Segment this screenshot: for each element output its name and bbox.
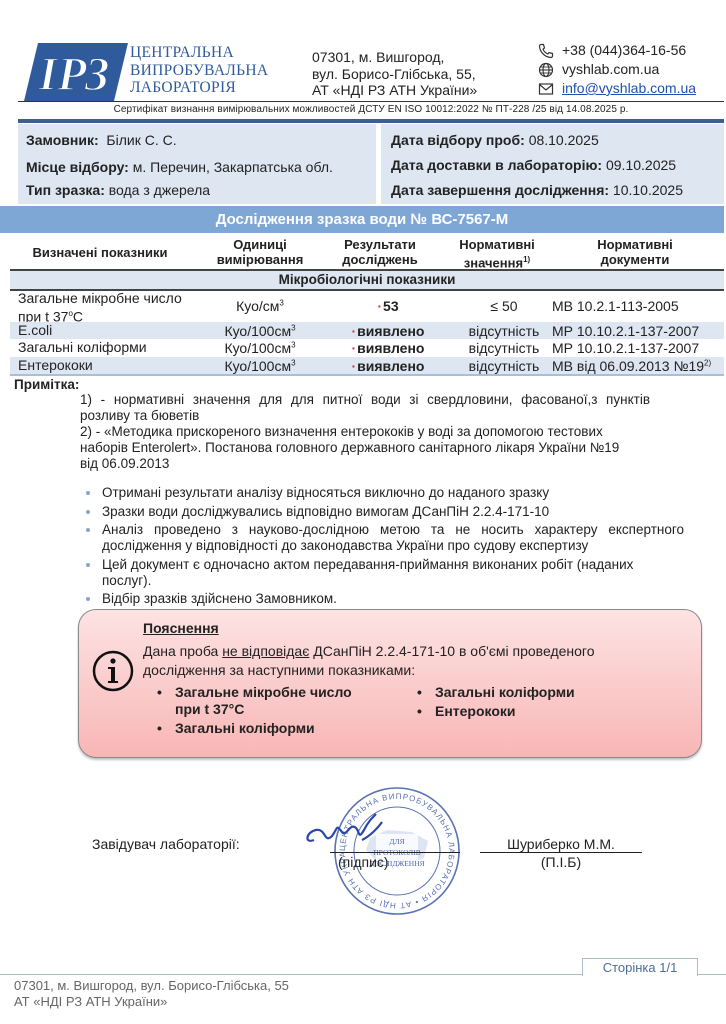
note-line: розливу та бюветів <box>80 408 650 424</box>
result-value: виявлено <box>357 340 424 356</box>
unit: Куо/100см3 <box>195 323 325 339</box>
col-header-docs: Нормативні документи <box>580 237 690 267</box>
completion-date-label: Дата завершення дослідження: <box>391 182 609 198</box>
report-title: Дослідження зразка води № ВС-7567-М <box>0 206 724 233</box>
table-section-header: Мікробіологічні показники <box>10 271 724 289</box>
email-link[interactable]: info@vyshlab.com.ua <box>562 79 696 98</box>
lab-name: ЦЕНТРАЛЬНА ВИПРОБУВАЛЬНА ЛАБОРАТОРІЯ <box>130 44 268 97</box>
result-value: 53 <box>383 298 399 314</box>
norm-value: відсутність <box>445 323 563 339</box>
violation-item: Ентерококи <box>413 703 575 720</box>
footnote-ref: 2) <box>704 358 711 367</box>
list-item-text: дослідження у відповідності до законодав… <box>102 538 684 554</box>
explanation-box: Пояснення Дана проба не відповідає ДСанП… <box>78 609 702 758</box>
address-line: АТ «НДІ РЗ АТН України» <box>312 82 477 99</box>
customer-field: Замовник: Білик С. С. <box>26 132 177 148</box>
footer-address: 07301, м. Вишгород, вул. Борисо-Глібська… <box>14 978 289 1010</box>
customer-info: Замовник: Білик С. С. Місце відбору: м. … <box>18 124 376 204</box>
violation-text: Загальні коліформи <box>435 684 575 700</box>
violation-item: Загальні коліформи <box>413 684 575 701</box>
list-item: Аналіз проведено з науково-дослідною мет… <box>84 522 684 554</box>
unit: Куо/100см3 <box>195 358 325 374</box>
result: ·виявлено <box>328 323 448 339</box>
delivery-date-value: 09.10.2025 <box>606 157 676 173</box>
signature-caption: (підпис) <box>338 854 389 870</box>
table-row: Ентерококи Куо/100см3 ·виявлено відсутні… <box>10 357 724 374</box>
type-value: вода з джерела <box>109 182 210 198</box>
lab-name-line: ВИПРОБУВАЛЬНА <box>130 62 268 80</box>
list-item: Отримані результати аналізу відносяться … <box>84 485 684 501</box>
name-line <box>480 852 642 853</box>
explanation-text-part: дослідження за наступними показниками: <box>143 661 595 680</box>
delivery-date-label: Дата доставки в лабораторію: <box>391 157 602 173</box>
indicator-name: Загальні коліформи <box>18 340 147 355</box>
unit-text: Куо/100см <box>224 358 291 374</box>
unit-text: Куо/100см <box>224 340 291 356</box>
sampling-date-label: Дата відбору проб: <box>391 132 525 148</box>
footer-address-line: АТ «НДІ РЗ АТН України» <box>14 994 289 1010</box>
type-label: Тип зразка: <box>26 182 105 198</box>
table-row: E.coli Куо/100см3 ·виявлено відсутність … <box>10 322 724 339</box>
col-header-docs-line: Нормативні <box>580 237 690 252</box>
table-row: Загальне мікробне число при t 37oC Куо/с… <box>10 291 724 322</box>
list-item: Цей документ є одночасно актом передаван… <box>84 557 684 589</box>
notes-body: 1) - нормативні значення для для питної … <box>80 392 650 472</box>
norm-document: МР 10.10.2.1-137-2007 <box>552 340 699 356</box>
dates-info: Дата відбору проб: 08.10.2025 Дата доста… <box>381 124 724 204</box>
phone-icon <box>538 43 554 59</box>
certificate-line: Сертифікат визнання вимірювальних можлив… <box>18 104 724 115</box>
violation-text: Ентерококи <box>435 703 516 719</box>
violation-text: Загальні коліформи <box>175 720 315 736</box>
footnote-ref: 1) <box>523 255 530 264</box>
disclaimer-list: Отримані результати аналізу відносяться … <box>84 485 684 610</box>
explanation-title: Пояснення <box>143 620 219 636</box>
customer-value: Білик С. С. <box>106 132 176 148</box>
exceed-flag-icon: · <box>352 340 357 356</box>
indicator-name: Ентерококи <box>18 358 93 373</box>
lab-logo: ІРЗ <box>24 43 128 101</box>
col-header-results: Результати досліджень <box>330 237 430 267</box>
delivery-date-field: Дата доставки в лабораторію: 09.10.2025 <box>391 157 676 173</box>
col-header-results-line: досліджень <box>330 252 430 267</box>
name-caption: (П.І.Б) <box>480 854 642 870</box>
violation-item: Загальні коліформи <box>153 720 352 737</box>
address-line: вул. Борисо-Глібська, 55, <box>312 66 477 83</box>
unit: Куо/100см3 <box>195 340 325 356</box>
globe-icon <box>538 62 554 78</box>
handwritten-signature <box>302 810 388 854</box>
contact-phone: +38 (044)364-16-56 <box>538 41 696 60</box>
address-line: 07301, м. Вишгород, <box>312 49 477 66</box>
violation-text: при t 37°C <box>175 701 352 718</box>
norm-document: МВ від 06.09.2013 №192) <box>552 358 711 374</box>
note-line: наборів Enterolert». Постанова головного… <box>80 440 650 456</box>
violations-left: Загальне мікробне числопри t 37°C Загаль… <box>153 684 352 739</box>
type-field: Тип зразка: вода з джерела <box>26 182 210 198</box>
completion-date-value: 10.10.2025 <box>613 182 683 198</box>
contact-email: info@vyshlab.com.ua <box>538 79 696 98</box>
table-bottom-rule <box>10 374 724 376</box>
page-number: Сторінка 1/1 <box>582 958 698 976</box>
norm-document-text: МВ від 06.09.2013 №19 <box>552 358 704 374</box>
list-item: Зразки води досліджувались відповідно ви… <box>84 504 684 520</box>
svg-text:ДЛЯ: ДЛЯ <box>389 837 404 846</box>
place-label: Місце відбору: <box>26 159 129 175</box>
indicator-name: Загальне мікробне число при t 37oC <box>18 291 182 325</box>
col-header-results-line: Результати <box>330 237 430 252</box>
note-line: 1) - нормативні значення для для питної … <box>80 392 650 408</box>
info-icon <box>92 650 134 692</box>
violation-text: Загальне мікробне число <box>175 684 352 701</box>
result-value: виявлено <box>357 323 424 339</box>
contacts: +38 (044)364-16-56 vyshlab.com.ua info@v… <box>538 41 696 98</box>
indicator-name: E.coli <box>18 323 52 338</box>
header-divider <box>18 101 724 102</box>
col-header-norm: Нормативні значення1) <box>442 237 552 270</box>
exceed-flag-icon: · <box>377 298 382 314</box>
notes-title: Примітка: <box>14 377 79 392</box>
col-header-units-line: Одиниці <box>205 237 315 252</box>
unit-exponent: 3 <box>279 298 283 307</box>
norm-value: ≤ 50 <box>445 298 563 314</box>
unit: Куо/см3 <box>195 298 325 314</box>
sampling-date-field: Дата відбору проб: 08.10.2025 <box>391 132 599 148</box>
unit-exponent: 3 <box>291 358 295 367</box>
result: ·виявлено <box>328 340 448 356</box>
violations-right: Загальні коліформи Ентерококи <box>413 684 575 722</box>
list-item-text: Цей документ є одночасно актом передаван… <box>102 557 684 573</box>
list-item-text: послуг). <box>102 573 684 589</box>
explanation-text-part: ДСанПіН 2.2.4-171-10 в об'ємі проведеног… <box>309 643 594 659</box>
website-link[interactable]: vyshlab.com.ua <box>562 60 659 79</box>
exceed-flag-icon: · <box>352 323 357 339</box>
result: ·53 <box>328 298 448 314</box>
explanation-verdict: не відповідає <box>222 643 309 659</box>
contact-website: vyshlab.com.ua <box>538 60 696 79</box>
col-header-indicator: Визначені показники <box>30 245 170 260</box>
place-value: м. Перечин, Закарпатська обл. <box>133 159 333 175</box>
col-header-norm-line: Нормативні <box>442 237 552 252</box>
list-item-text: Отримані результати аналізу відносяться … <box>102 485 549 500</box>
footer-address-line: 07301, м. Вишгород, вул. Борисо-Глібська… <box>14 978 289 994</box>
lab-name-line: ЦЕНТРАЛЬНА <box>130 44 268 62</box>
unit-text: Куо/100см <box>224 323 291 339</box>
header-blue-rule <box>18 119 724 123</box>
unit-exponent: 3 <box>291 323 295 332</box>
exceed-flag-icon: · <box>352 358 357 374</box>
svg-text:ІРЗ: ІРЗ <box>38 48 110 101</box>
norm-document: МР 10.10.2.1-137-2007 <box>552 323 699 339</box>
phone-number: +38 (044)364-16-56 <box>562 41 686 60</box>
signature-label: Завідувач лабораторії: <box>92 836 240 852</box>
list-item-text: Відбір зразків здійснено Замовником. <box>102 591 337 606</box>
mail-icon <box>538 81 554 97</box>
list-item: Відбір зразків здійснено Замовником. <box>84 591 684 607</box>
norm-document: МВ 10.2.1-113-2005 <box>552 298 679 314</box>
unit-text: Куо/см <box>236 298 279 314</box>
customer-label: Замовник: <box>26 132 99 148</box>
col-header-docs-line: документи <box>580 252 690 267</box>
list-item-text: Зразки води досліджувались відповідно ви… <box>102 504 549 519</box>
explanation-text-part: Дана проба <box>143 643 222 659</box>
result-value: виявлено <box>357 358 424 374</box>
signatory-name: Шуриберко М.М. <box>480 836 642 852</box>
table-row: Загальні коліформи Куо/100см3 ·виявлено … <box>10 339 724 357</box>
col-header-units: Одиниці вимірювання <box>205 237 315 267</box>
norm-value: відсутність <box>445 340 563 356</box>
list-item-text: Аналіз проведено з науково-дослідною мет… <box>102 522 684 538</box>
indicator-name-line: Загальне мікробне число <box>18 291 182 306</box>
completion-date-field: Дата завершення дослідження: 10.10.2025 <box>391 182 683 198</box>
note-line: від 06.09.2013 <box>80 456 650 472</box>
result: ·виявлено <box>328 358 448 374</box>
sampling-date-value: 08.10.2025 <box>529 132 599 148</box>
norm-value: відсутність <box>445 358 563 374</box>
note-line: 2) - «Методика прискореного визначення е… <box>80 424 650 440</box>
explanation-text: Дана проба не відповідає ДСанПіН 2.2.4-1… <box>143 642 595 680</box>
unit-exponent: 3 <box>291 340 295 349</box>
col-header-units-line: вимірювання <box>205 252 315 267</box>
header-address: 07301, м. Вишгород, вул. Борисо-Глібська… <box>312 49 477 99</box>
violation-item: Загальне мікробне числопри t 37°C <box>153 684 352 718</box>
place-field: Місце відбору: м. Перечин, Закарпатська … <box>26 159 333 175</box>
lab-name-line: ЛАБОРАТОРІЯ <box>130 79 268 97</box>
